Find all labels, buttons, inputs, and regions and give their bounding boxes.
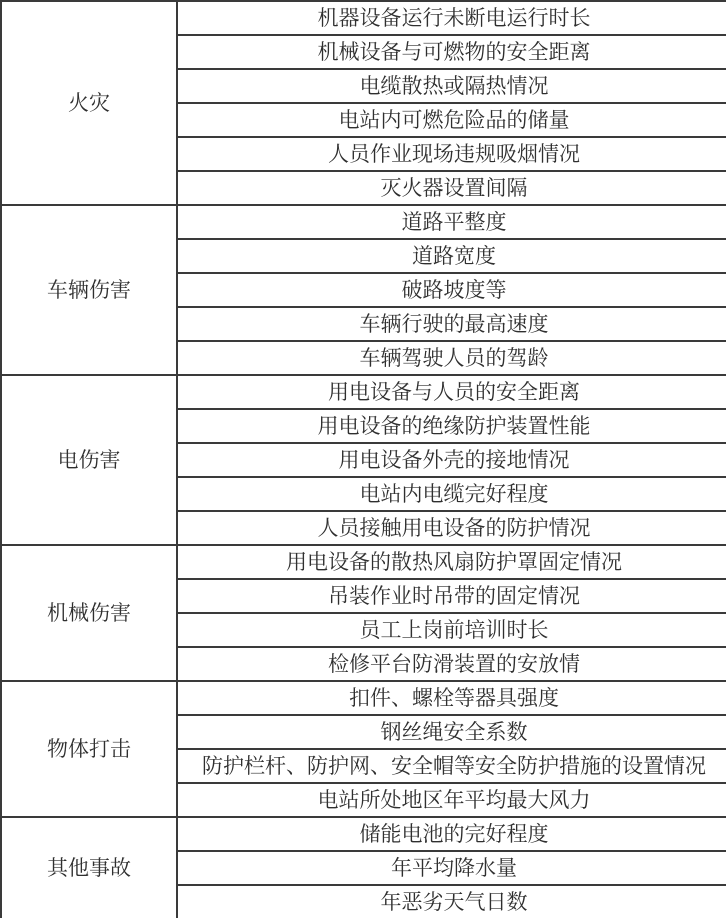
item-cell: 员工上岗前培训时长	[177, 613, 726, 647]
item-cell: 用电设备的绝缘防护装置性能	[177, 409, 726, 443]
item-cell: 用电设备与人员的安全距离	[177, 375, 726, 409]
table-row: 电伤害用电设备与人员的安全距离	[1, 375, 726, 409]
document-page: 火灾机器设备运行未断电运行时长机械设备与可燃物的安全距离电缆散热或隔热情况电站内…	[0, 0, 726, 918]
item-cell: 钢丝绳安全系数	[177, 715, 726, 749]
table-row: 物体打击扣件、螺栓等器具强度	[1, 681, 726, 715]
table-row: 车辆伤害道路平整度	[1, 205, 726, 239]
item-cell: 用电设备外壳的接地情况	[177, 443, 726, 477]
category-cell: 电伤害	[1, 375, 177, 545]
item-cell: 检修平台防滑装置的安放情	[177, 647, 726, 681]
category-cell: 其他事故	[1, 817, 177, 918]
item-cell: 人员接触用电设备的防护情况	[177, 511, 726, 545]
table-row: 机械伤害用电设备的散热风扇防护罩固定情况	[1, 545, 726, 579]
table-row: 其他事故储能电池的完好程度	[1, 817, 726, 851]
item-cell: 电站内电缆完好程度	[177, 477, 726, 511]
item-cell: 吊装作业时吊带的固定情况	[177, 579, 726, 613]
category-cell: 火灾	[1, 1, 177, 205]
category-cell: 物体打击	[1, 681, 177, 817]
item-cell: 机器设备运行未断电运行时长	[177, 1, 726, 35]
item-cell: 扣件、螺栓等器具强度	[177, 681, 726, 715]
item-cell: 机械设备与可燃物的安全距离	[177, 35, 726, 69]
item-cell: 灭火器设置间隔	[177, 171, 726, 205]
item-cell: 电站所处地区年平均最大风力	[177, 783, 726, 817]
hazard-table-body: 火灾机器设备运行未断电运行时长机械设备与可燃物的安全距离电缆散热或隔热情况电站内…	[1, 1, 726, 918]
item-cell: 用电设备的散热风扇防护罩固定情况	[177, 545, 726, 579]
item-cell: 道路宽度	[177, 239, 726, 273]
item-cell: 年平均降水量	[177, 851, 726, 885]
item-cell: 人员作业现场违规吸烟情况	[177, 137, 726, 171]
item-cell: 储能电池的完好程度	[177, 817, 726, 851]
table-row: 火灾机器设备运行未断电运行时长	[1, 1, 726, 35]
item-cell: 年恶劣天气日数	[177, 885, 726, 918]
item-cell: 车辆驾驶人员的驾龄	[177, 341, 726, 375]
item-cell: 防护栏杆、防护网、安全帽等安全防护措施的设置情况	[177, 749, 726, 783]
item-cell: 车辆行驶的最高速度	[177, 307, 726, 341]
item-cell: 道路平整度	[177, 205, 726, 239]
hazard-factor-table: 火灾机器设备运行未断电运行时长机械设备与可燃物的安全距离电缆散热或隔热情况电站内…	[0, 0, 726, 918]
category-cell: 车辆伤害	[1, 205, 177, 375]
item-cell: 电站内可燃危险品的储量	[177, 103, 726, 137]
item-cell: 电缆散热或隔热情况	[177, 69, 726, 103]
category-cell: 机械伤害	[1, 545, 177, 681]
item-cell: 破路坡度等	[177, 273, 726, 307]
